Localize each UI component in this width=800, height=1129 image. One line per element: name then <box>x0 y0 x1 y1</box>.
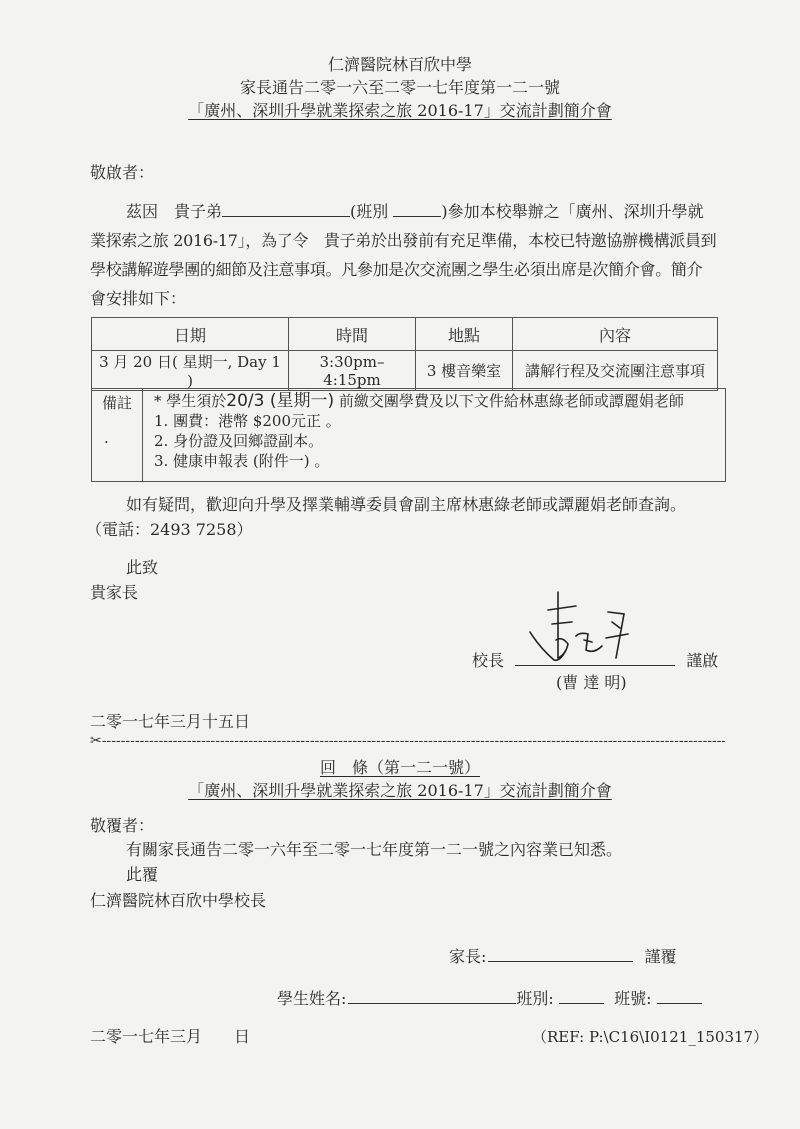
table-header-row: 日期 時間 地點 內容 <box>92 318 718 351</box>
cell-content: 講解行程及交流團注意事項 <box>513 351 718 391</box>
cell-time: 3:30pm– 4:15pm <box>289 351 416 391</box>
remark-item: 3. 健康申報表 (附件一) 。 <box>154 451 684 471</box>
reply-closing: 此覆 <box>126 862 158 885</box>
col-date: 日期 <box>92 318 289 351</box>
cell-date: 3 月 20 日( 星期一, Day 1 ) <box>92 351 289 391</box>
student-name-label: 學生姓名: <box>277 989 346 1008</box>
student-name-field[interactable] <box>348 989 516 1004</box>
cell-venue: 3 樓音樂室 <box>416 351 513 391</box>
remark-item: 2. 身份證及回鄉證副本。 <box>154 431 684 451</box>
student-name-blank <box>222 202 350 217</box>
class-no-field[interactable] <box>657 989 702 1004</box>
col-content: 內容 <box>513 318 718 351</box>
notice-date: 二零一七年三月十五日 <box>90 709 250 732</box>
parent-signature-row: 家長: 謹覆 <box>449 944 677 967</box>
reply-date: 二零一七年三月 日 <box>90 1024 250 1047</box>
principal-name: (曹 達 明) <box>556 670 627 693</box>
schedule-table: 日期 時間 地點 內容 3 月 20 日( 星期一, Day 1 ) 3:30p… <box>91 317 718 391</box>
remark-text: * 學生須於 <box>154 392 226 410</box>
cut-line: ✂---------------------------------------… <box>90 733 725 749</box>
reply-subtitle: 「廣州、深圳升學就業探索之旅 2016-17」交流計劃簡介會 <box>188 781 612 800</box>
principal-signature-line <box>515 651 675 666</box>
principal-line: 校長 謹啟 <box>472 648 718 671</box>
col-time: 時間 <box>289 318 416 351</box>
closing-to: 此致 <box>126 555 158 578</box>
para-text: )參加本校舉辦之「廣州、深圳升學就 <box>441 202 703 221</box>
parent-signature-field[interactable] <box>488 947 633 962</box>
remark-text: 前繳交團學費及以下文件給林惠綠老師或譚麗娟老師 <box>334 392 684 410</box>
school-name: 仁濟醫院林百欣中學 <box>0 52 800 75</box>
dashed-line: ----------------------------------------… <box>102 733 725 749</box>
table-row: 3 月 20 日( 星期一, Day 1 ) 3:30pm– 4:15pm 3 … <box>92 351 718 391</box>
remarks-box: 備註 · * 學生須於20/3 (星期一) 前繳交團學費及以下文件給林惠綠老師或… <box>91 388 726 482</box>
para-line: 業探索之旅 2016-17」，為了令 貴子弟於出發前有充足準備，本校已特邀協辦機… <box>90 226 720 255</box>
class-no-label: 班號: <box>614 989 651 1008</box>
principal-suffix: 謹啟 <box>686 651 718 670</box>
class-blank <box>393 202 441 217</box>
reply-acknowledgement: 有關家長通告二零一六年至二零一七年度第一二一號之內容業已知悉。 <box>126 837 622 860</box>
reply-salutation: 敬覆者： <box>90 813 154 836</box>
remark-item: 1. 團費：港幣 $200元正 。 <box>154 411 684 431</box>
closing-recipient: 貴家長 <box>90 580 138 603</box>
parent-suffix: 謹覆 <box>645 947 677 966</box>
reference-code: （REF: P:\C16\I0121_150317） <box>532 1026 768 1047</box>
deadline-emphasis: 20/3 (星期一) <box>226 391 334 411</box>
principal-label: 校長 <box>472 651 504 670</box>
dot-mark: · <box>104 433 109 451</box>
parent-label: 家長: <box>449 947 486 966</box>
salutation: 敬啟者： <box>90 160 154 183</box>
notice-page: 仁濟醫院林百欣中學 家長通告二零一六至二零一七年度第一二一號 「廣州、深圳升學就… <box>0 0 800 1129</box>
para-text: (班別 <box>350 202 388 221</box>
para-text: 茲因 貴子弟 <box>126 202 222 221</box>
para-line: 會安排如下： <box>90 284 720 313</box>
notice-number: 家長通告二零一六至二零一七年度第一二一號 <box>0 75 800 98</box>
reply-title: 回 條（第一二一號） <box>320 758 480 777</box>
col-venue: 地點 <box>416 318 513 351</box>
enquiry-text: 如有疑問，歡迎向升學及擇業輔導委員會副主席林惠綠老師或譚麗娟老師查詢。 <box>126 492 686 515</box>
reply-recipient: 仁濟醫院林百欣中學校長 <box>90 888 266 911</box>
scissors-icon: ✂ <box>90 733 102 749</box>
student-info-row: 學生姓名:班別: 班號: <box>277 986 702 1009</box>
remarks-label: 備註 <box>102 392 132 413</box>
enquiry-phone: （電話：2493 7258） <box>86 517 253 540</box>
remarks-content: * 學生須於20/3 (星期一) 前繳交團學費及以下文件給林惠綠老師或譚麗娟老師… <box>154 391 684 471</box>
intro-paragraph: 茲因 貴子弟(班別 )參加本校舉辦之「廣州、深圳升學就 業探索之旅 2016-1… <box>90 197 720 313</box>
class-label: 班別: <box>516 989 553 1008</box>
remarks-label-cell: 備註 · <box>92 389 143 481</box>
class-field[interactable] <box>559 989 604 1004</box>
notice-title: 「廣州、深圳升學就業探索之旅 2016-17」交流計劃簡介會 <box>188 101 612 120</box>
para-line: 學校講解遊學團的細節及注意事項。凡參加是次交流團之學生必須出席是次簡介會。簡介 <box>90 255 720 284</box>
